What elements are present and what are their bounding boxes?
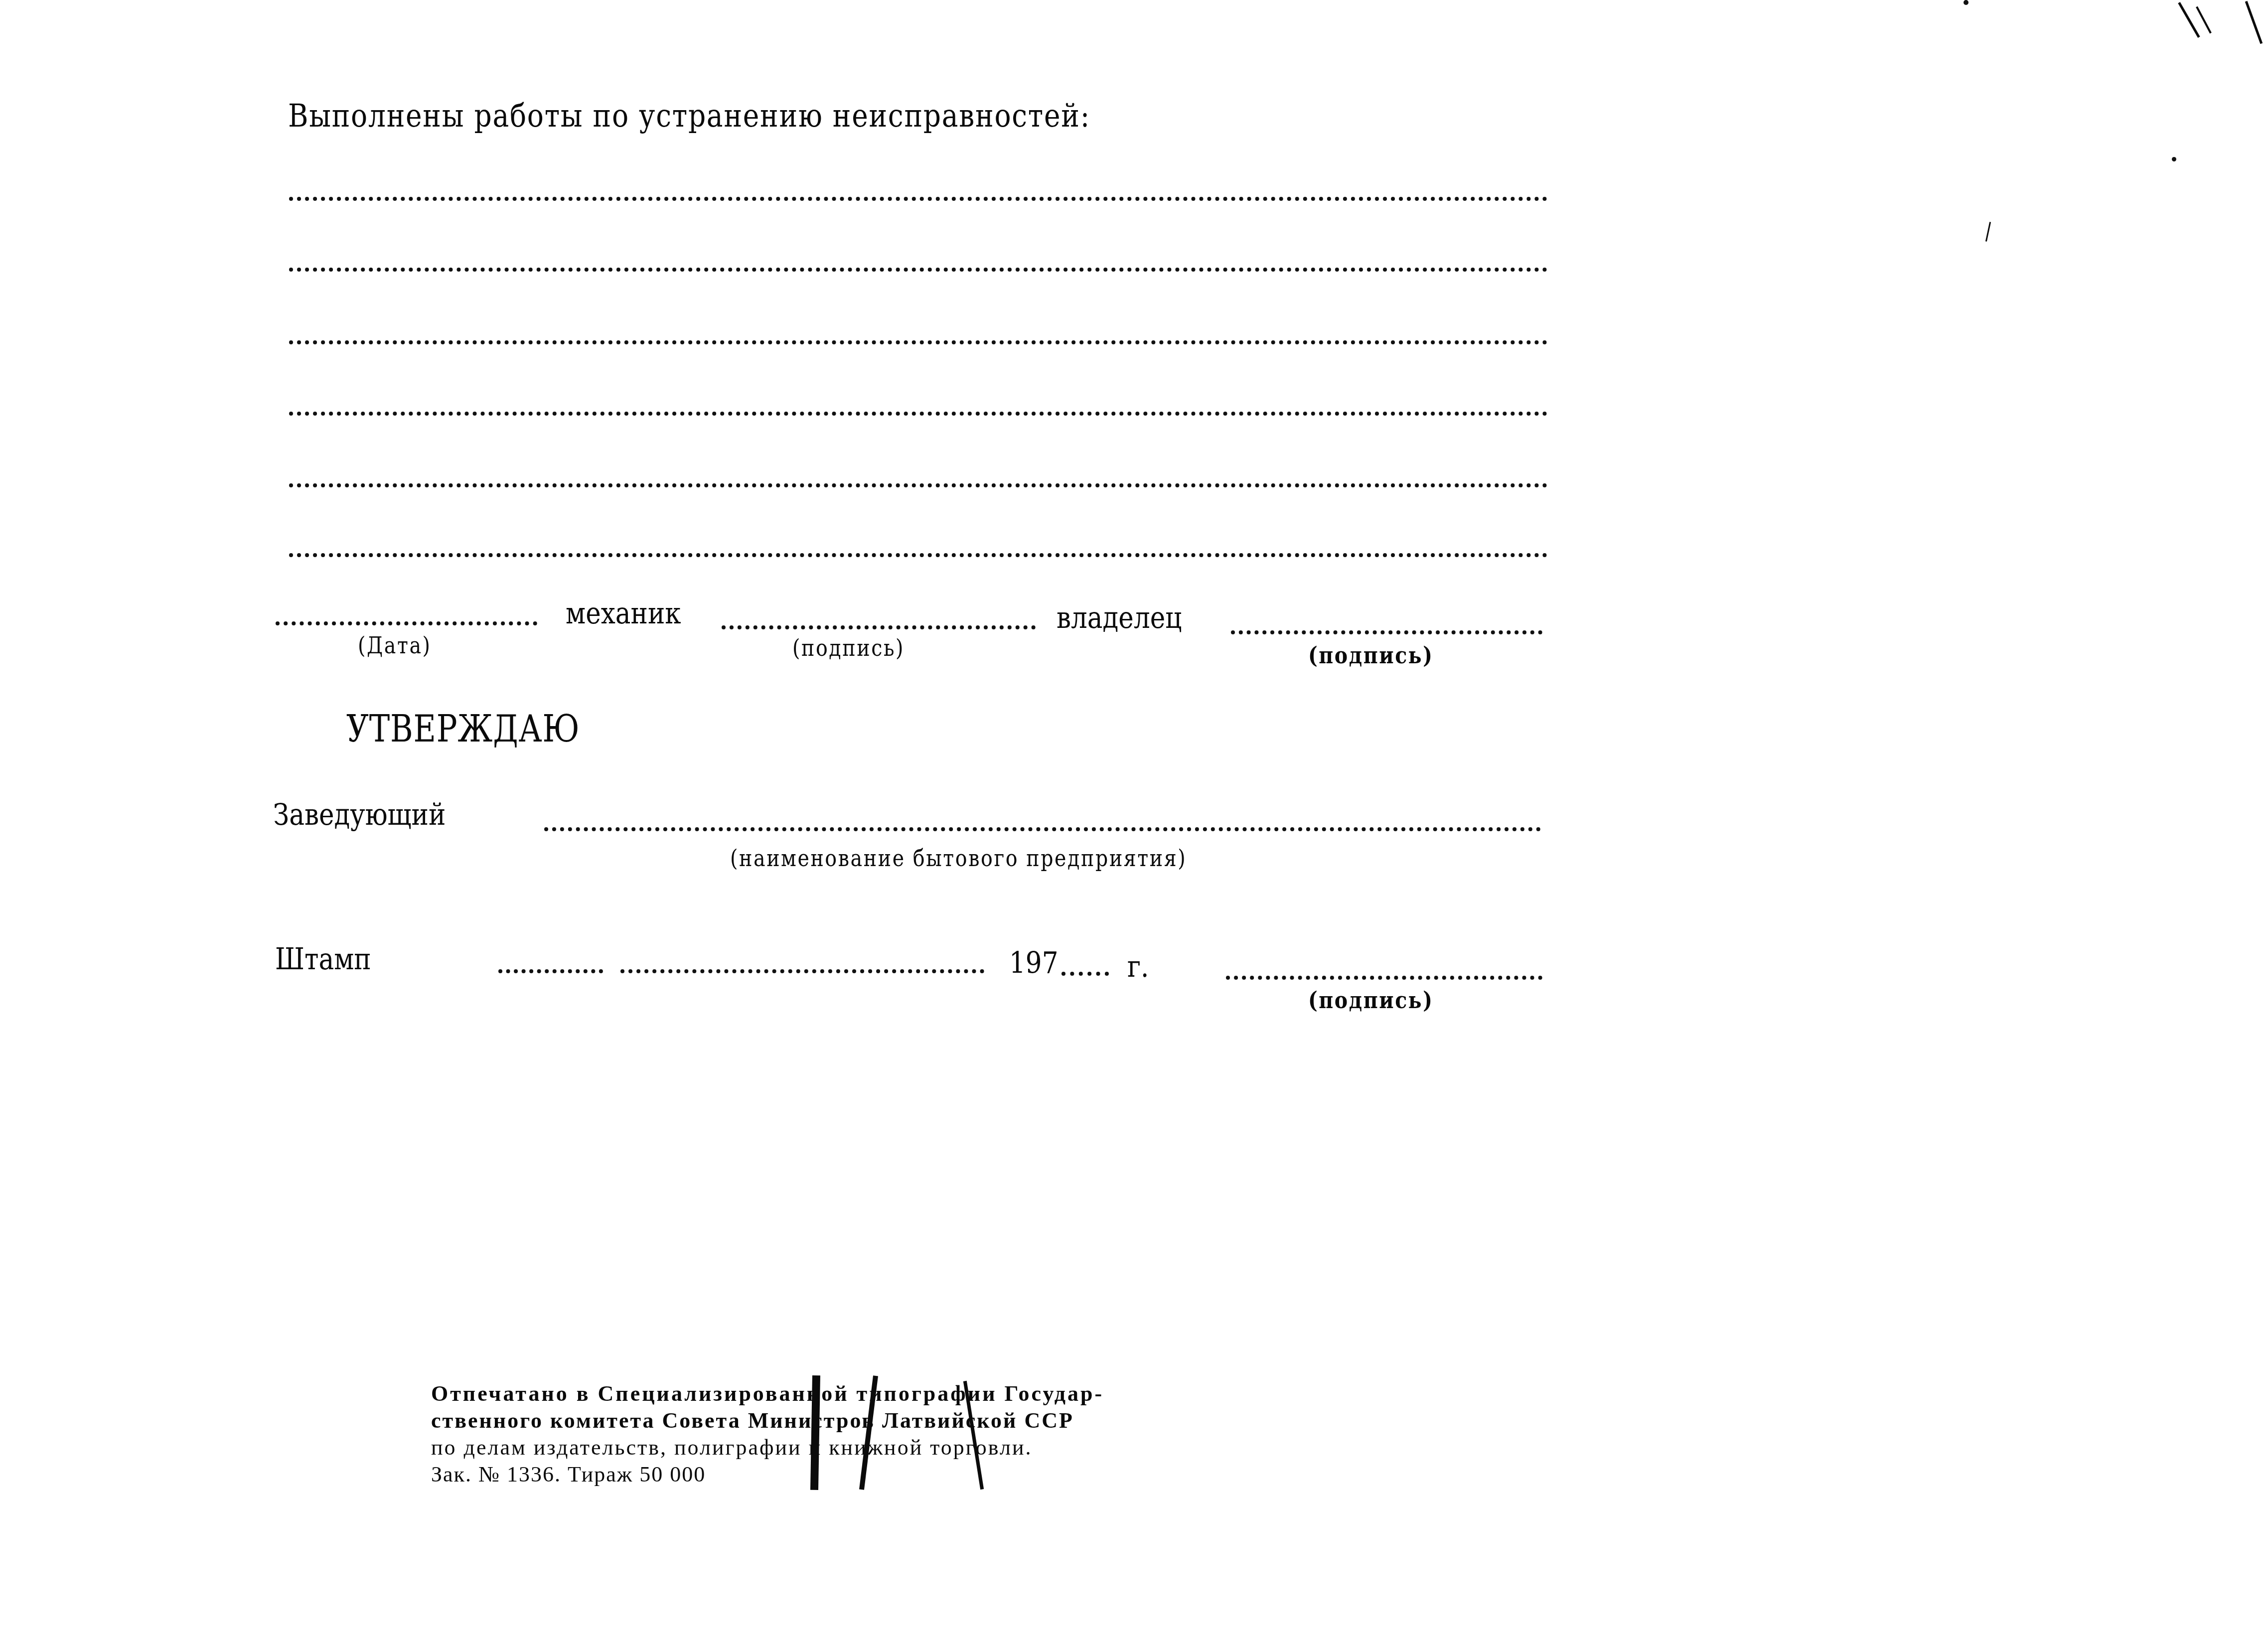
scan-streak [2196, 6, 2212, 34]
scan-streak [2245, 1, 2263, 44]
scan-speck [2172, 157, 2176, 161]
repair-notes-line-6[interactable] [289, 553, 1547, 557]
year-digit-line[interactable] [1061, 972, 1109, 976]
owner-signature-caption: (подпись) [1308, 642, 1434, 669]
year-prefix: 197 [1009, 946, 1058, 981]
year-suffix: г. [1127, 949, 1149, 984]
scanned-form-page: Выполнены работы по устранению неисправн… [0, 0, 2268, 1639]
manager-signature-caption: (подпись) [1308, 987, 1434, 1014]
repair-notes-line-1[interactable] [289, 197, 1547, 201]
mechanic-label: механик [566, 596, 681, 631]
repair-notes-line-4[interactable] [289, 412, 1547, 416]
imprint-line-3: по делам издательств, полиграфии и книжн… [431, 1434, 1104, 1461]
imprint-line-1: Отпечатано в Специализированной типограф… [431, 1380, 1104, 1407]
repair-notes-line-5[interactable] [289, 483, 1547, 487]
scan-speck [1964, 0, 1968, 5]
repair-notes-line-2[interactable] [289, 268, 1547, 272]
mechanic-signature-line[interactable] [722, 625, 1036, 629]
stamp-day-line[interactable] [498, 969, 603, 973]
scan-streak [1985, 222, 1991, 242]
enterprise-name-line[interactable] [544, 827, 1541, 831]
approval-title: УТВЕРЖДАЮ [346, 708, 580, 750]
mechanic-signature-caption: (подпись) [792, 634, 905, 661]
stamp-label: Штамп [275, 942, 371, 977]
manager-signature-line[interactable] [1226, 976, 1542, 980]
enterprise-caption: (наименование бытового предприятия) [730, 845, 1187, 872]
date-field-line[interactable] [276, 621, 537, 625]
form-heading: Выполнены работы по устранению неисправн… [288, 98, 1090, 135]
date-caption: (Дата) [358, 632, 432, 659]
imprint-line-2: ственного комитета Совета Министров Латв… [431, 1407, 1104, 1434]
repair-notes-line-3[interactable] [289, 340, 1547, 344]
imprint-line-4: Зак. № 1336. Тираж 50 000 [431, 1461, 1104, 1488]
manager-label: Заведующий [273, 797, 446, 832]
owner-label: владелец [1057, 600, 1182, 635]
stamp-month-line[interactable] [620, 969, 984, 973]
owner-signature-line[interactable] [1231, 630, 1542, 634]
printer-imprint: Отпечатано в Специализированной типограф… [431, 1380, 1104, 1488]
